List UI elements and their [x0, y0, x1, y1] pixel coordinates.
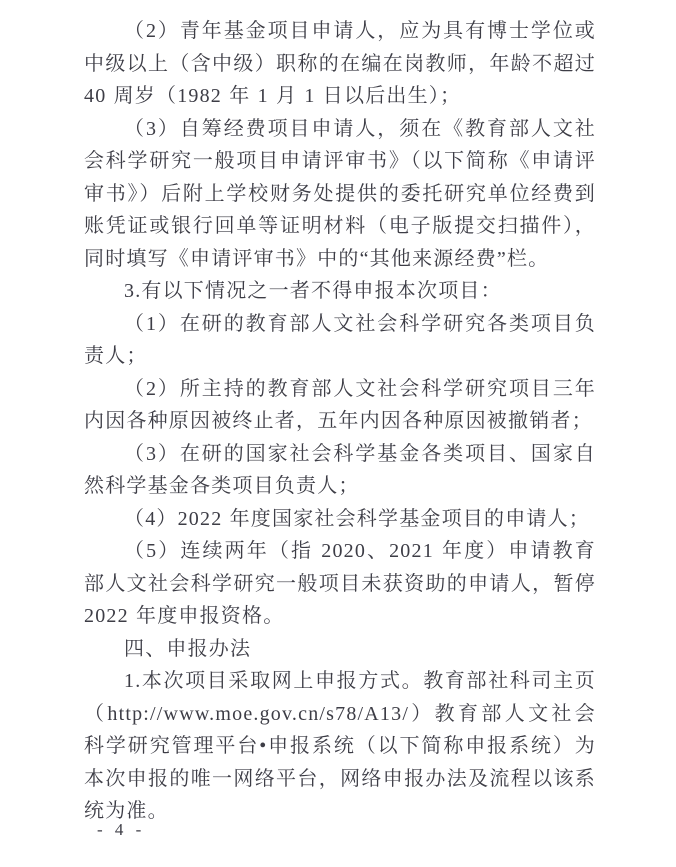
paragraph: （3）在研的国家社会科学基金各类项目、国家自然科学基金各类项目负责人； [84, 438, 596, 503]
paragraph: 1.本次项目采取网上申报方式。教育部社科司主页（http://www.moe.g… [84, 665, 596, 828]
paragraph: 3.有以下情况之一者不得申报本次项目： [84, 275, 596, 308]
paragraph: （4）2022 年度国家社会科学基金项目的申请人； [84, 503, 596, 536]
paragraph: （2）所主持的教育部人文社会科学研究项目三年内因各种原因被终止者，五年内因各种原… [84, 373, 596, 438]
paragraph: （2）青年基金项目申请人，应为具有博士学位或中级以上（含中级）职称的在编在岗教师… [84, 15, 596, 113]
paragraph: （5）连续两年（指 2020、2021 年度）申请教育部人文社会科学研究一般项目… [84, 535, 596, 633]
paragraph: （3）自筹经费项目申请人，须在《教育部人文社会科学研究一般项目申请评审书》（以下… [84, 113, 596, 276]
paragraph: （1）在研的教育部人文社会科学研究各类项目负责人； [84, 308, 596, 373]
document-page: （2）青年基金项目申请人，应为具有博士学位或中级以上（含中级）职称的在编在岗教师… [0, 0, 676, 867]
document-body: （2）青年基金项目申请人，应为具有博士学位或中级以上（含中级）职称的在编在岗教师… [84, 15, 596, 828]
page-number: - 4 - [97, 820, 145, 840]
section-heading: 四、申报办法 [84, 633, 596, 666]
